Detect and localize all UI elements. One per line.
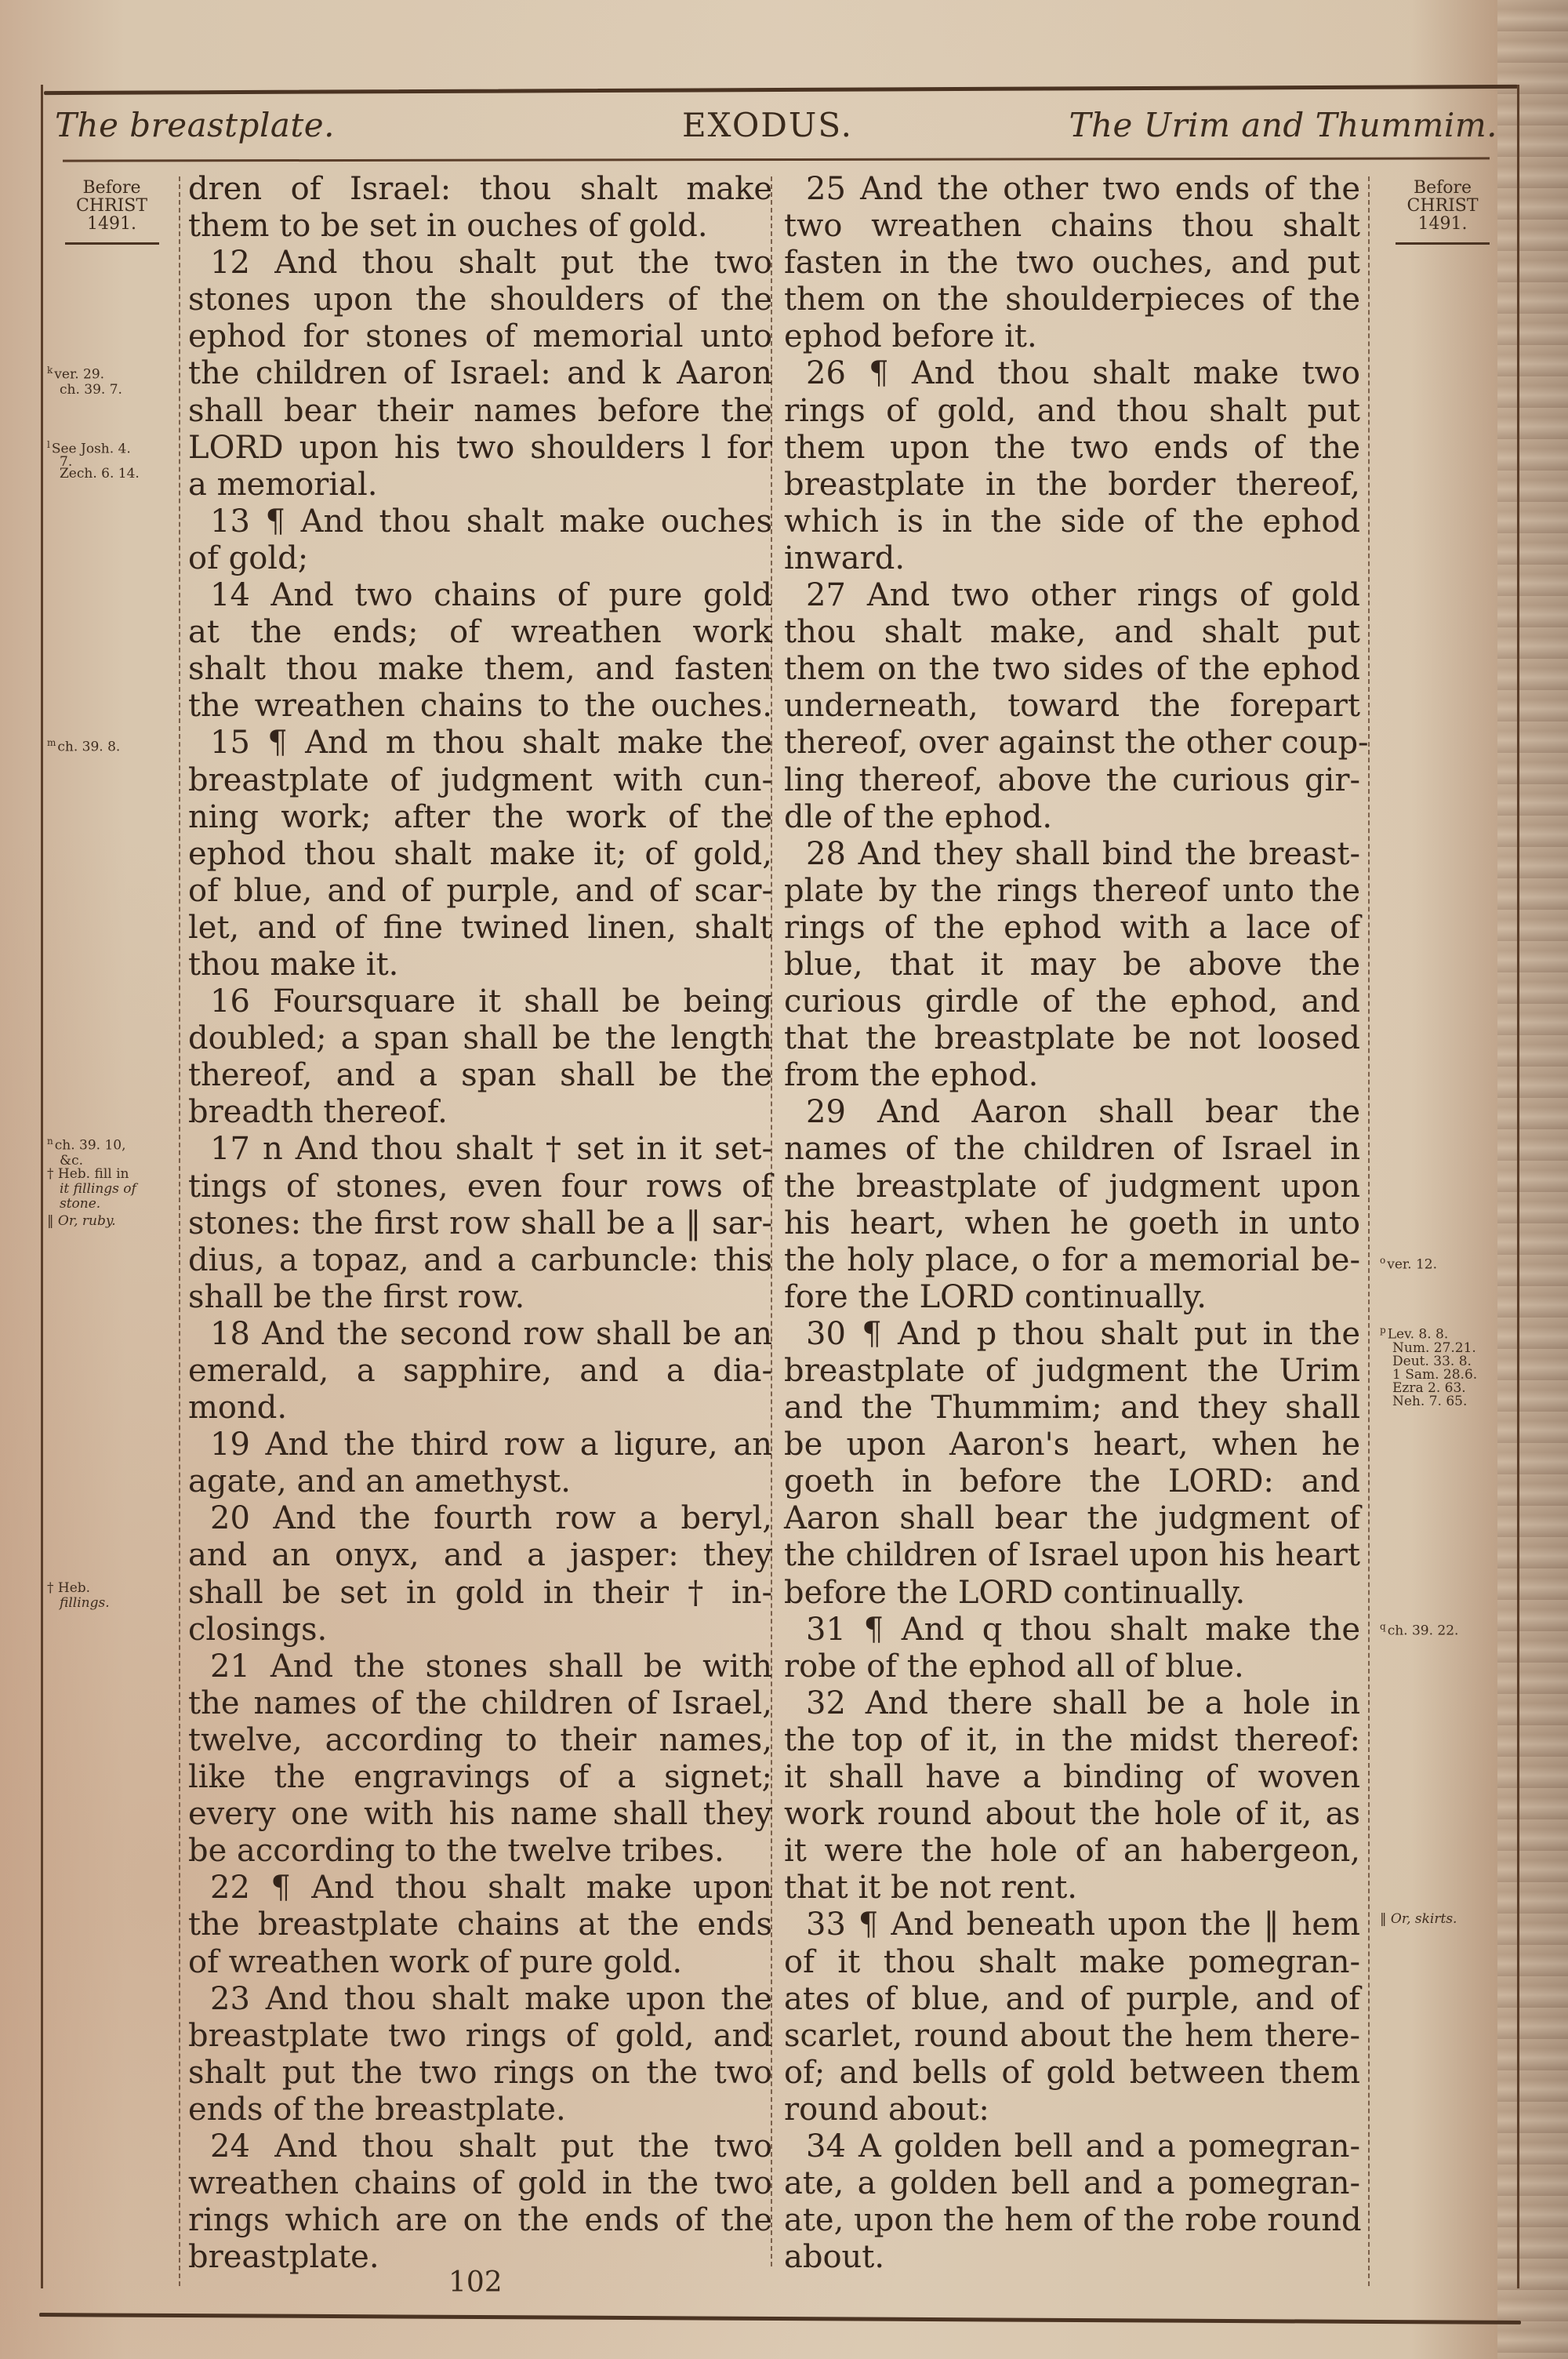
text-line: before the LORD continually. xyxy=(784,1575,1360,1612)
text-line: his heart, when he goeth in unto xyxy=(784,1205,1360,1242)
text-line: mond. xyxy=(188,1390,772,1427)
text-line: the breastplate chains at the ends xyxy=(188,1906,772,1943)
text-line: a memorial. xyxy=(188,467,772,503)
text-line: breastplate of judgment the Urim xyxy=(784,1353,1360,1390)
text-line: like the engravings of a signet; xyxy=(188,1759,772,1796)
text-line: from the ephod. xyxy=(784,1057,1360,1094)
date-year: 1491. xyxy=(1380,215,1505,233)
text-line: of gold; xyxy=(188,540,772,577)
note-line: ch. 39. 22. xyxy=(1388,1623,1459,1639)
text-line: them upon the two ends of the xyxy=(784,430,1360,467)
note-mark: † xyxy=(47,1580,54,1596)
text-line: it were the hole of an habergeon, xyxy=(784,1833,1360,1870)
text-line: shall be set in gold in their † in- xyxy=(188,1575,772,1612)
text-line: stones upon the shoulders of the xyxy=(188,282,772,318)
text-line: round about: xyxy=(784,2092,1360,2128)
margin-note-dagger-2: † Heb. fillings. xyxy=(47,1581,176,1611)
text-line: blue, that it may be above the xyxy=(784,947,1360,983)
text-line: twelve, according to their names, xyxy=(188,1722,772,1759)
text-line: robe of the ephod all of blue. xyxy=(784,1648,1360,1685)
note-mark: n xyxy=(47,1136,53,1147)
text-line: the top of it, in the midst thereof: xyxy=(784,1722,1360,1759)
note-line: Zech. 6. 14. xyxy=(47,467,176,482)
note-mark: ‖ xyxy=(1380,1911,1387,1927)
note-line: ch. 39. 10, xyxy=(55,1138,126,1154)
note-line: Neh. 7. 65. xyxy=(1380,1395,1505,1408)
text-line: the names of the children of Israel, xyxy=(188,1685,772,1722)
text-line: inward. xyxy=(784,540,1360,577)
text-line: thou make it. xyxy=(188,947,772,983)
left-margin: Before CHRIST 1491. kver. 29. ch. 39. 7.… xyxy=(47,179,176,2281)
verse-17-line: 17 n And thou shalt † set in it set- xyxy=(188,1131,772,1168)
verse-24-line: 24 And thou shalt put the two xyxy=(188,2128,772,2165)
date-label: Before xyxy=(47,179,176,197)
note-line: Heb. xyxy=(58,1580,90,1596)
verse-27-line: 27 And two other rings of gold xyxy=(784,577,1360,614)
note-line: ver. 29. xyxy=(54,367,104,383)
text-line: plate by the rings thereof unto the xyxy=(784,873,1360,910)
margin-note-q: qch. 39. 22. xyxy=(1380,1619,1505,1639)
margin-note-k: kver. 29. ch. 39. 7. xyxy=(47,363,176,398)
text-line: dle of the ephod. xyxy=(784,799,1360,836)
text-line: let, and of fine twined linen, shalt xyxy=(188,910,772,947)
verse-31-line: 31 ¶ And q thou shalt make the xyxy=(784,1612,1360,1648)
text-line: ends of the breastplate. xyxy=(188,2092,772,2128)
text-line: agate, and an amethyst. xyxy=(188,1463,772,1500)
text-line: work round about the hole of it, as xyxy=(784,1796,1360,1833)
verse-22-line: 22 ¶ And thou shalt make upon xyxy=(188,1870,772,1906)
text-line: thou shalt make, and shalt put xyxy=(784,614,1360,651)
text-line: ling thereof, above the curious gir- xyxy=(784,762,1360,799)
margin-note-dagger: † Heb. fill in it fillings of stone. xyxy=(47,1167,176,1212)
verse-12-line: 12 And thou shalt put the two xyxy=(188,245,772,282)
text-line: ephod for stones of memorial unto xyxy=(188,318,772,355)
margin-note-p: pLev. 8. 8. Num. 27.21. Deut. 33. 8. 1 S… xyxy=(1380,1324,1505,1408)
text-line: be according to the twelve tribes. xyxy=(188,1833,772,1870)
verse-30-line: 30 ¶ And p thou shalt put in the xyxy=(784,1316,1360,1353)
text-line: stones: the first row shall be a ‖ sar- xyxy=(188,1205,772,1242)
text-line: shalt thou make them, and fasten xyxy=(188,651,772,688)
margin-note-skirts: ‖ Or, skirts. xyxy=(1380,1912,1505,1927)
verse-28-line: 28 And they shall bind the breast- xyxy=(784,836,1360,873)
margin-note-o: over. 12. xyxy=(1380,1253,1505,1273)
note-mark: m xyxy=(47,737,56,748)
text-line: of wreathen work of pure gold. xyxy=(188,1944,772,1981)
text-line: two wreathen chains thou shalt xyxy=(784,208,1360,245)
verse-15-line: 15 ¶ And m thou shalt make the xyxy=(188,725,772,761)
text-line: closings. xyxy=(188,1612,772,1648)
text-line: breadth thereof. xyxy=(188,1094,772,1131)
page-header: The breastplate. EXODUS. The Urim and Th… xyxy=(55,100,1497,149)
date-block-right: Before CHRIST 1491. xyxy=(1380,179,1505,245)
note-line: 7. xyxy=(47,457,176,467)
text-line: LORD upon his two shoulders l for xyxy=(188,430,772,467)
text-line: ning work; after the work of the xyxy=(188,799,772,836)
text-line: and an onyx, and a jasper: they xyxy=(188,1537,772,1574)
date-rule xyxy=(65,242,159,245)
verse-19-line: 19 And the third row a ligure, an xyxy=(188,1427,772,1463)
text-line: them on the shoulderpieces of the xyxy=(784,282,1360,318)
note-mark: p xyxy=(1380,1325,1386,1336)
verse-34-line: 34 A golden bell and a pomegran- xyxy=(784,2128,1360,2165)
book-title: EXODUS. xyxy=(682,106,853,144)
date-block-left: Before CHRIST 1491. xyxy=(47,179,176,245)
left-running-title: The breastplate. xyxy=(55,106,335,144)
text-line: fore the LORD continually. xyxy=(784,1279,1360,1316)
text-line: thereof, and a span shall be the xyxy=(188,1057,772,1094)
left-text-column: dren of Israel: thou shalt make them to … xyxy=(188,171,772,2276)
text-line: the wreathen chains to the ouches. xyxy=(188,688,772,725)
note-mark: k xyxy=(47,365,53,376)
text-line: goeth in before the LORD: and xyxy=(784,1463,1360,1500)
note-line: ch. 39. 8. xyxy=(57,740,120,755)
text-line: ate, upon the hem of the robe round xyxy=(784,2202,1360,2239)
note-mark: ‖ xyxy=(47,1213,54,1229)
page-number: 102 xyxy=(448,2266,503,2299)
verse-16-line: 16 Foursquare it shall be being xyxy=(188,983,772,1020)
text-line: breastplate of judgment with cun- xyxy=(188,762,772,799)
text-line: of it thou shalt make pomegran- xyxy=(784,1944,1360,1981)
note-mark: o xyxy=(1380,1255,1385,1266)
date-rule xyxy=(1396,242,1490,245)
text-line: the breastplate of judgment upon xyxy=(784,1169,1360,1205)
verse-13-line: 13 ¶ And thou shalt make ouches xyxy=(188,503,772,540)
text-line: shall bear their names before the xyxy=(188,393,772,430)
text-line: that the breastplate be not loosed xyxy=(784,1020,1360,1057)
text-line: ephod thou shalt make it; of gold, xyxy=(188,836,772,873)
note-line: ch. 39. 7. xyxy=(47,383,176,398)
text-line: the children of Israel: and k Aaron xyxy=(188,355,772,392)
note-line: ver. 12. xyxy=(1387,1257,1437,1273)
note-line: fillings. xyxy=(47,1596,176,1611)
margin-note-l: lSee Josh. 4. 7. Zech. 6. 14. xyxy=(47,438,176,482)
verse-18-line: 18 And the second row shall be an xyxy=(188,1316,772,1353)
note-line: Or, ruby. xyxy=(58,1213,116,1229)
margin-note-n: nch. 39. 10, &c. xyxy=(47,1134,176,1169)
text-line: underneath, toward the forepart xyxy=(784,688,1360,725)
note-line: Heb. fill in xyxy=(58,1166,129,1182)
verse-26-line: 26 ¶ And thou shalt make two xyxy=(784,355,1360,392)
text-line: them on the two sides of the ephod xyxy=(784,651,1360,688)
text-line: breastplate two rings of gold, and xyxy=(188,2018,772,2055)
margin-note-parallel: ‖ Or, ruby. xyxy=(47,1214,176,1229)
note-mark: q xyxy=(1380,1621,1386,1632)
verse-25-line: 25 And the other two ends of the xyxy=(784,171,1360,208)
text-line: scarlet, round about the hem there- xyxy=(784,2018,1360,2055)
verse-33-line: 33 ¶ And beneath upon the ‖ hem xyxy=(784,1906,1360,1943)
verse-20-line: 20 And the fourth row a beryl, xyxy=(188,1500,772,1537)
text-line: ates of blue, and of purple, and of xyxy=(784,1981,1360,2018)
text-line: emerald, a sapphire, and a dia- xyxy=(188,1353,772,1390)
date-era: CHRIST xyxy=(47,197,176,215)
text-line: be upon Aaron's heart, when he xyxy=(784,1427,1360,1463)
note-mark: l xyxy=(47,439,50,450)
right-margin: Before CHRIST 1491. over. 12. pLev. 8. 8… xyxy=(1380,179,1505,2281)
date-year: 1491. xyxy=(47,215,176,233)
verse-23-line: 23 And thou shalt make upon the xyxy=(188,1981,772,2018)
note-line: Or, skirts. xyxy=(1391,1911,1457,1927)
note-line: it fillings of xyxy=(47,1182,176,1197)
date-era: CHRIST xyxy=(1380,197,1505,215)
text-line: at the ends; of wreathen work xyxy=(188,614,772,651)
right-margin-divider xyxy=(1368,176,1370,2286)
note-mark: † xyxy=(47,1166,54,1182)
verse-29-line: 29 And Aaron shall bear the xyxy=(784,1094,1360,1131)
text-line: doubled; a span shall be the length xyxy=(188,1020,772,1057)
text-line: and the Thummim; and they shall xyxy=(784,1390,1360,1427)
text-line: curious girdle of the ephod, and xyxy=(784,983,1360,1020)
text-line: dius, a topaz, and a carbuncle: this xyxy=(188,1242,772,1279)
margin-note-m: mch. 39. 8. xyxy=(47,736,176,755)
text-line: every one with his name shall they xyxy=(188,1796,772,1833)
text-line: of blue, and of purple, and of scar- xyxy=(188,873,772,910)
text-line: the children of Israel upon his heart xyxy=(784,1537,1360,1574)
text-line: the holy place, o for a memorial be- xyxy=(784,1242,1360,1279)
text-line: it shall have a binding of woven xyxy=(784,1759,1360,1796)
text-line: fasten in the two ouches, and put xyxy=(784,245,1360,282)
right-text-column: 25 And the other two ends of the two wre… xyxy=(784,171,1360,2276)
text-line: breastplate in the border thereof, xyxy=(784,467,1360,503)
text-line: wreathen chains of gold in the two xyxy=(188,2165,772,2202)
text-line: that it be not rent. xyxy=(784,1870,1360,1906)
left-margin-divider xyxy=(179,176,180,2286)
text-line: ate, a golden bell and a pomegran- xyxy=(784,2165,1360,2202)
text-line: rings which are on the ends of the xyxy=(188,2202,772,2239)
text-line: tings of stones, even four rows of xyxy=(188,1169,772,1205)
text-line: names of the children of Israel in xyxy=(784,1131,1360,1168)
text-line: dren of Israel: thou shalt make xyxy=(188,171,772,208)
right-running-title: The Urim and Thummim. xyxy=(1069,106,1497,144)
text-line: shall be the first row. xyxy=(188,1279,772,1316)
text-line: rings of the ephod with a lace of xyxy=(784,910,1360,947)
verse-14-line: 14 And two chains of pure gold xyxy=(188,577,772,614)
text-line: ephod before it. xyxy=(784,318,1360,355)
text-line: rings of gold, and thou shalt put xyxy=(784,393,1360,430)
text-line: shalt put the two rings on the two xyxy=(188,2055,772,2092)
note-line: stone. xyxy=(47,1197,176,1212)
date-label: Before xyxy=(1380,179,1505,197)
text-line: which is in the side of the ephod xyxy=(784,503,1360,540)
verse-21-line: 21 And the stones shall be with xyxy=(188,1648,772,1685)
text-line: of; and bells of gold between them xyxy=(784,2055,1360,2092)
text-line: thereof, over against the other coup- xyxy=(784,725,1360,761)
text-line: about. xyxy=(784,2239,1360,2276)
text-line: Aaron shall bear the judgment of xyxy=(784,1500,1360,1537)
text-line: them to be set in ouches of gold. xyxy=(188,208,772,245)
verse-32-line: 32 And there shall be a hole in xyxy=(784,1685,1360,1722)
